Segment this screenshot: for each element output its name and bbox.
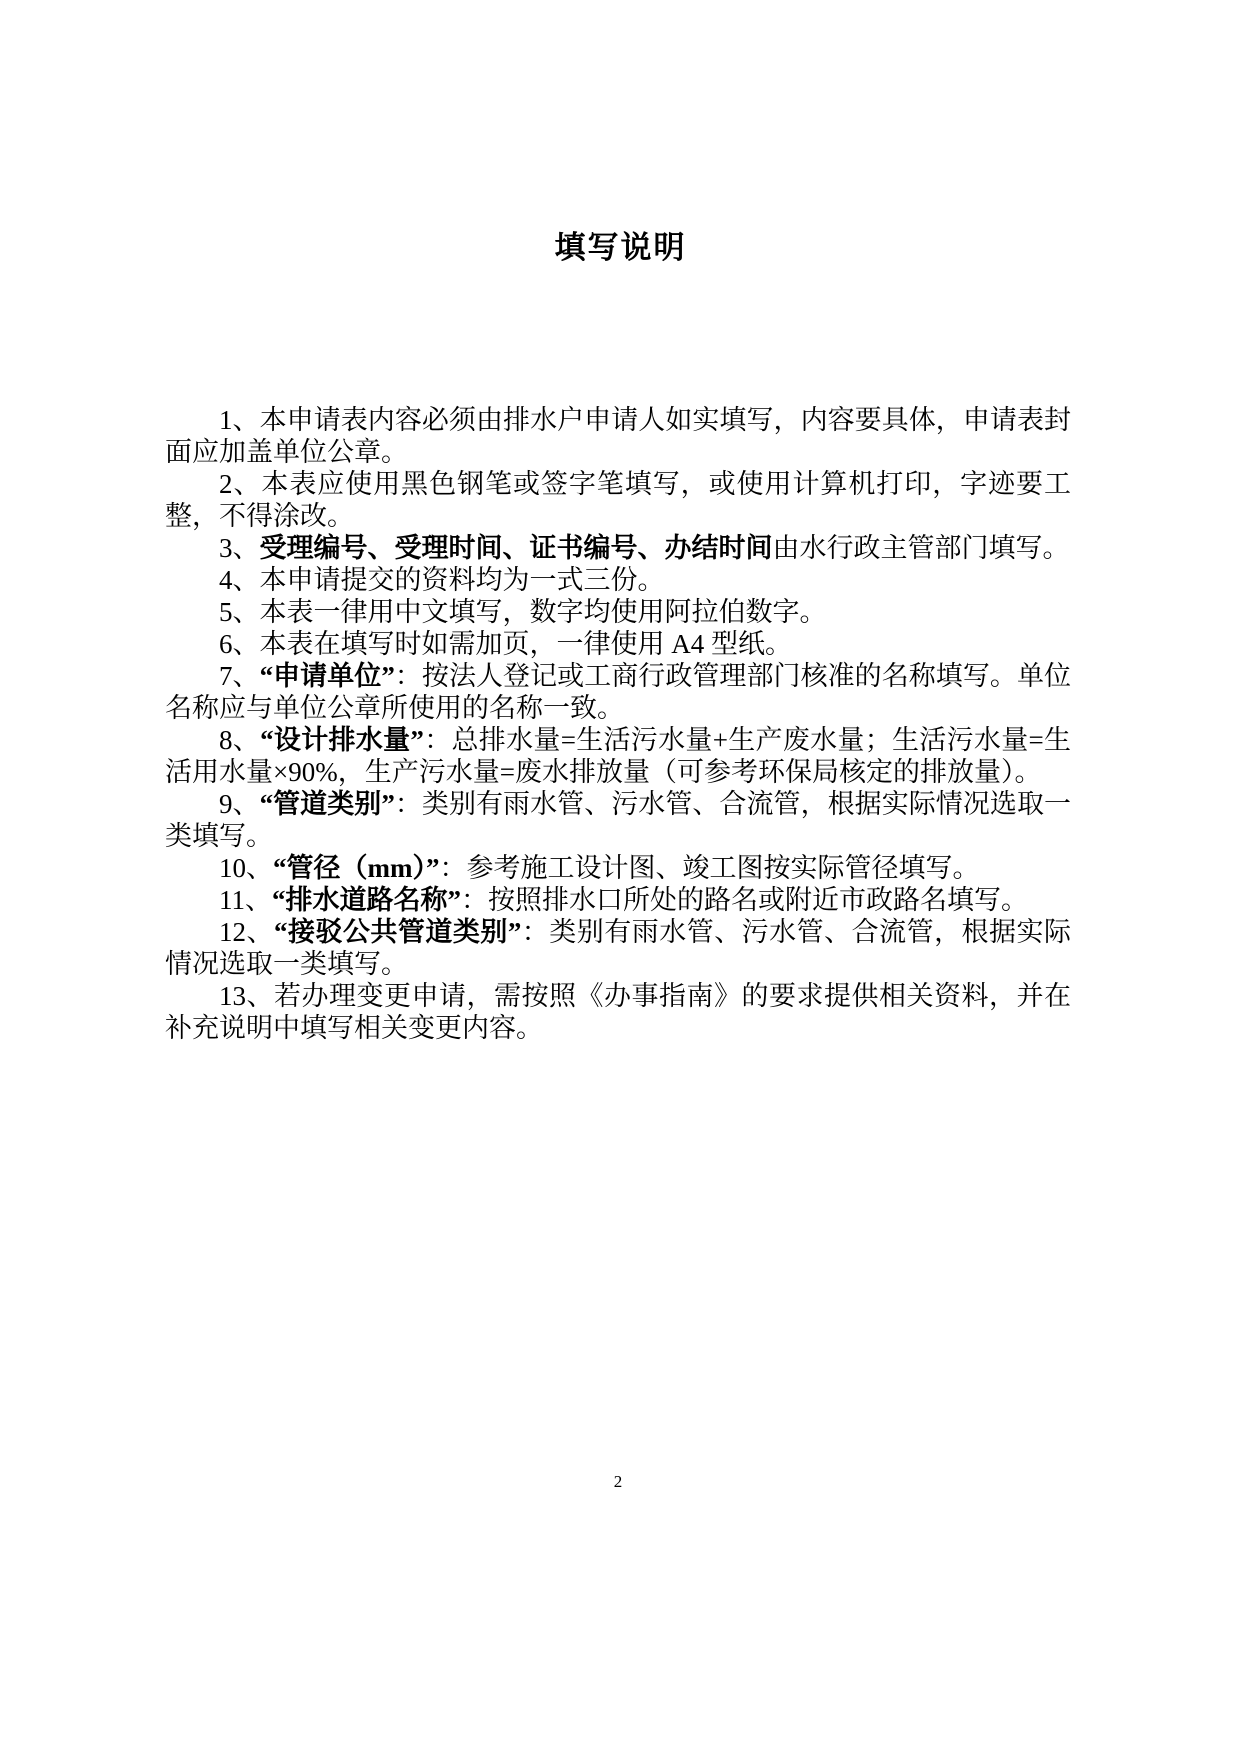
bold-term: “设计排水量” (260, 725, 424, 755)
instruction-paragraph: 13、若办理变更申请，需按照《办事指南》的要求提供相关资料，并在补充说明中填写相… (165, 980, 1071, 1044)
text-run: 2、本表应使用黑色钢笔或签字笔填写，或使用计算机打印，字迹要工整，不得涂改。 (165, 469, 1071, 531)
bold-term: “接驳公共管道类别” (274, 917, 521, 947)
text-run: 10、 (219, 853, 273, 883)
instruction-paragraph: 11、“排水道路名称”：按照排水口所处的路名或附近市政路名填写。 (165, 884, 1071, 916)
bold-term: “排水道路名称” (272, 885, 461, 915)
bold-term: 受理编号、受理时间、证书编号、办结时间 (260, 533, 773, 563)
bold-term: “管道类别” (260, 789, 395, 819)
text-run: 1、本申请表内容必须由排水户申请人如实填写，内容要具体，申请表封面应加盖单位公章… (165, 405, 1071, 467)
text-run: 12、 (219, 917, 274, 947)
text-run: 7、 (219, 661, 260, 691)
instruction-paragraph: 5、本表一律用中文填写，数字均使用阿拉伯数字。 (165, 596, 1071, 628)
instruction-paragraph: 3、受理编号、受理时间、证书编号、办结时间由水行政主管部门填写。 (165, 532, 1071, 564)
text-run: 8、 (219, 725, 260, 755)
instruction-paragraph: 10、“管径（mm）”：参考施工设计图、竣工图按实际管径填写。 (165, 852, 1071, 884)
instruction-paragraph: 7、“申请单位”：按法人登记或工商行政管理部门核准的名称填写。单位名称应与单位公… (165, 660, 1071, 724)
text-run: 11、 (219, 885, 272, 915)
text-run: 3、 (219, 533, 260, 563)
text-run: 由水行政主管部门填写。 (773, 533, 1070, 563)
instruction-paragraph: 12、“接驳公共管道类别”：类别有雨水管、污水管、合流管，根据实际情况选取一类填… (165, 916, 1071, 980)
text-run: ：按照排水口所处的路名或附近市政路名填写。 (461, 885, 1028, 915)
instruction-paragraph: 6、本表在填写时如需加页，一律使用 A4 型纸。 (165, 628, 1071, 660)
text-run: 6、本表在填写时如需加页，一律使用 A4 型纸。 (219, 629, 792, 659)
text-run: 5、本表一律用中文填写，数字均使用阿拉伯数字。 (219, 597, 827, 627)
instruction-paragraph: 2、本表应使用黑色钢笔或签字笔填写，或使用计算机打印，字迹要工整，不得涂改。 (165, 468, 1071, 532)
instruction-paragraph: 8、“设计排水量”：总排水量=生活污水量+生产废水量；生活污水量=生活用水量×9… (165, 724, 1071, 788)
text-run: 13、若办理变更申请，需按照《办事指南》的要求提供相关资料，并在补充说明中填写相… (165, 981, 1071, 1043)
document-page: 填写说明 1、本申请表内容必须由排水户申请人如实填写，内容要具体，申请表封面应加… (0, 0, 1241, 1754)
bold-term: “管径（mm）” (273, 853, 439, 883)
page-title: 填写说明 (0, 222, 1241, 267)
bold-term: “申请单位” (260, 661, 395, 691)
page-number: 2 (165, 1472, 1071, 1492)
instructions-body: 1、本申请表内容必须由排水户申请人如实填写，内容要具体，申请表封面应加盖单位公章… (165, 404, 1071, 1044)
instruction-paragraph: 1、本申请表内容必须由排水户申请人如实填写，内容要具体，申请表封面应加盖单位公章… (165, 404, 1071, 468)
instruction-paragraph: 9、“管道类别”：类别有雨水管、污水管、合流管，根据实际情况选取一类填写。 (165, 788, 1071, 852)
instruction-paragraph: 4、本申请提交的资料均为一式三份。 (165, 564, 1071, 596)
text-run: 9、 (219, 789, 260, 819)
text-run: 4、本申请提交的资料均为一式三份。 (219, 565, 665, 595)
text-run: ：参考施工设计图、竣工图按实际管径填写。 (439, 853, 979, 883)
